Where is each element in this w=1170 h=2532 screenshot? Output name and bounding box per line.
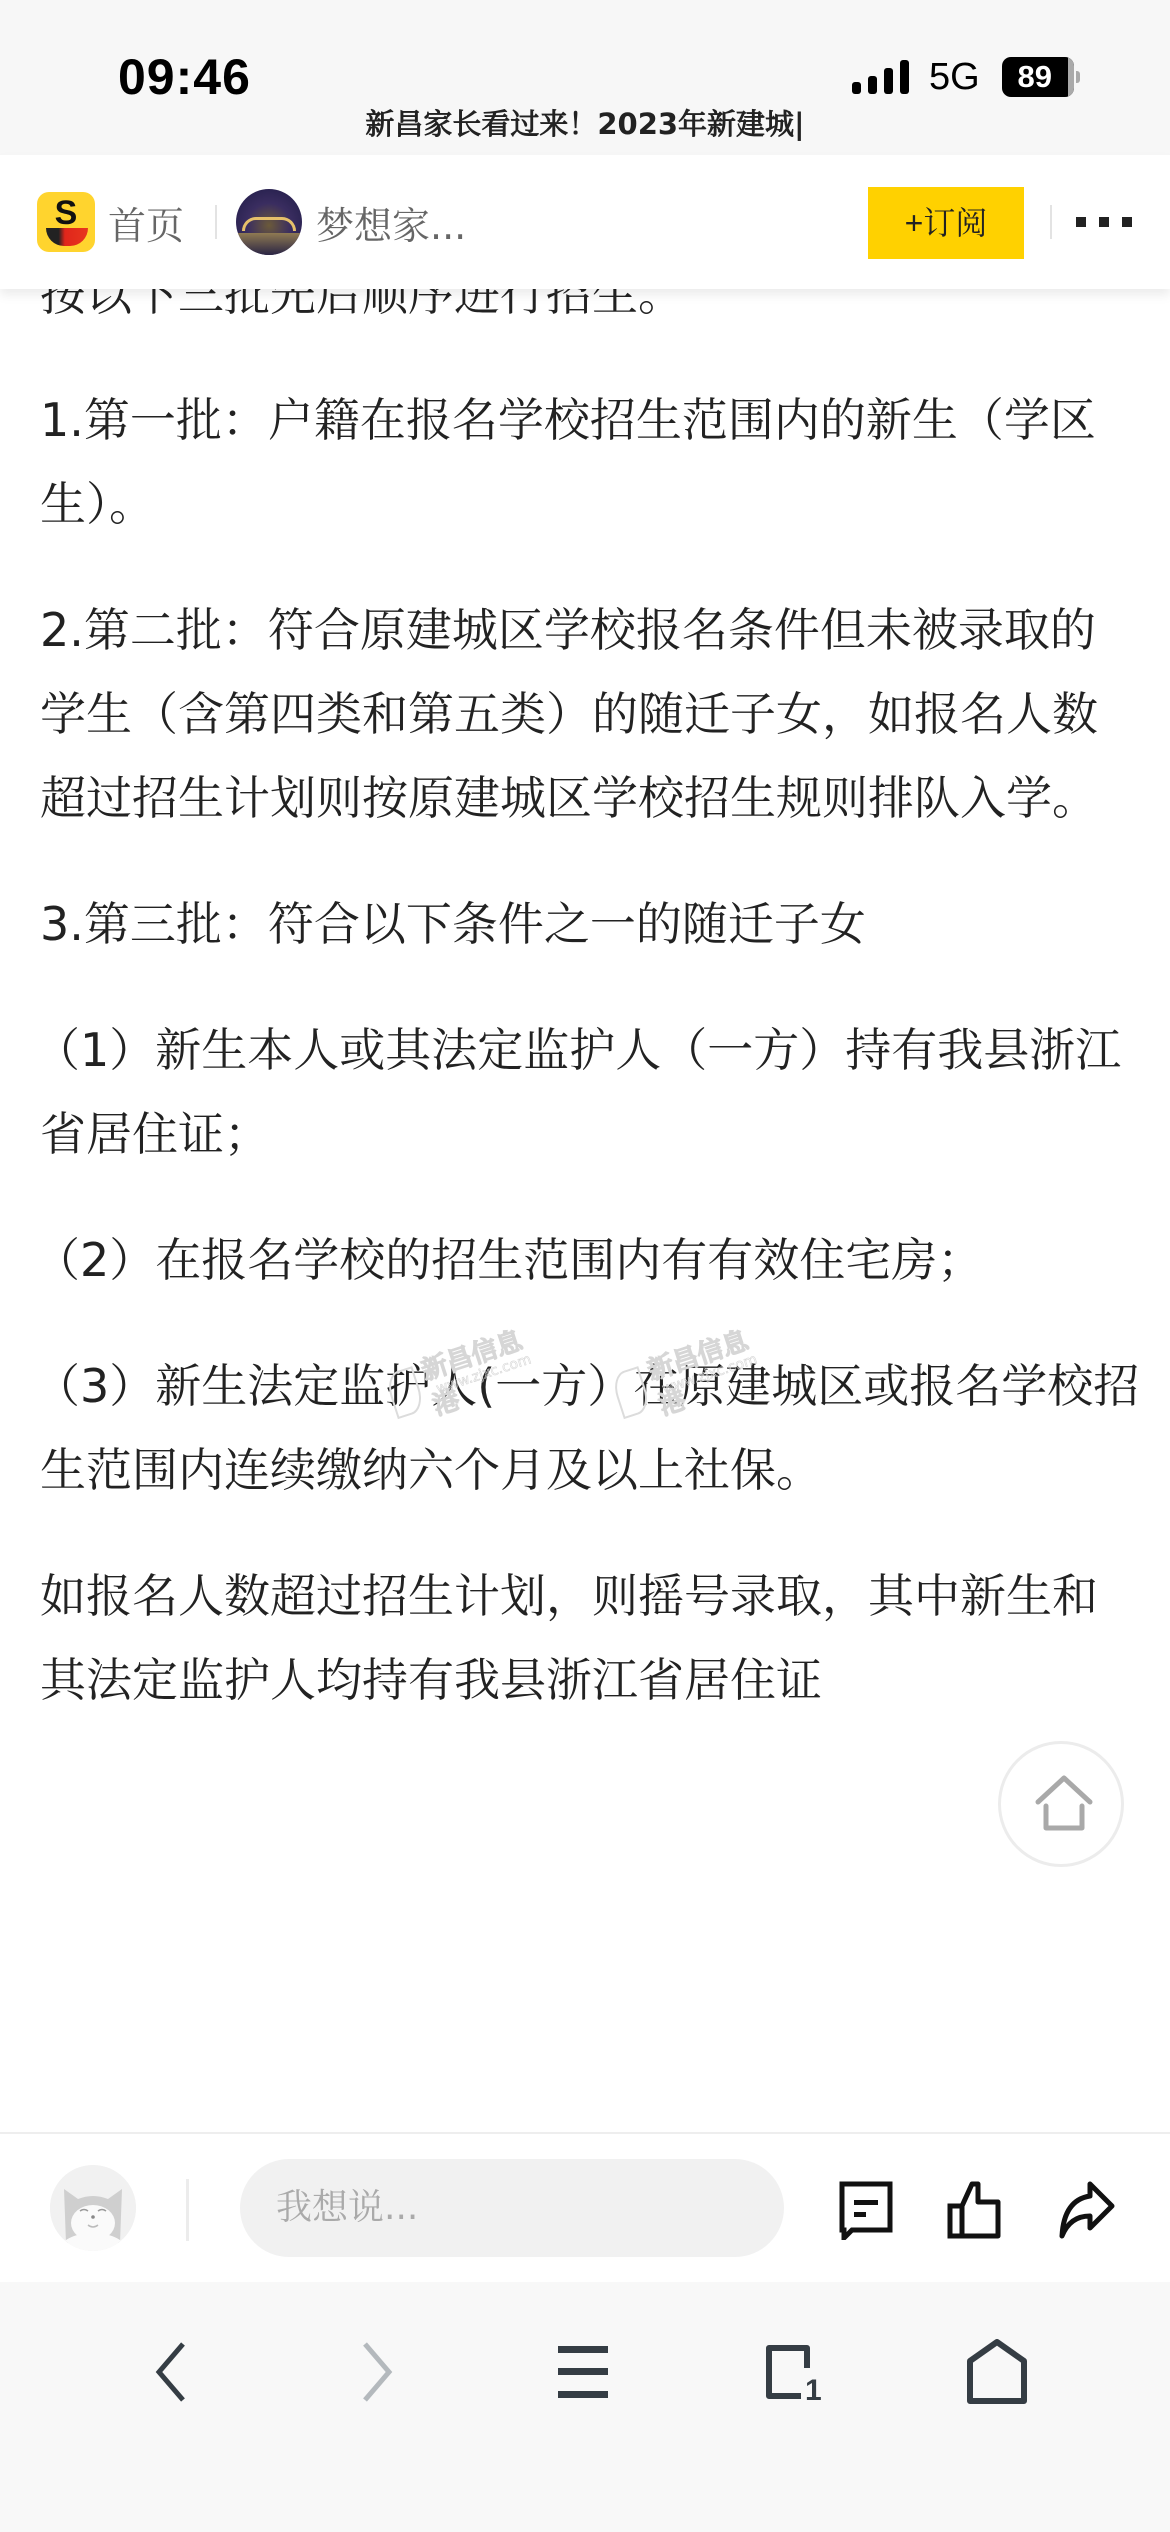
forward-button[interactable] [332, 2332, 422, 2412]
comment-icon[interactable] [836, 2180, 896, 2240]
article-paragraph: （1）新生本人或其法定监护人（一方）持有我县浙江省居住证； [40, 1008, 1140, 1176]
thumbs-up-icon[interactable] [946, 2180, 1006, 2240]
svg-text:1: 1 [805, 2374, 822, 2402]
battery-icon: 89 [1002, 57, 1074, 97]
menu-icon [556, 2344, 610, 2400]
article-paragraph: 1.第一批：户籍在报名学校招生范围内的新生（学区生）。 [40, 378, 1140, 546]
network-type: 5G [929, 56, 980, 99]
back-icon [151, 2341, 191, 2403]
article-paragraph: 3.第三批：符合以下条件之一的随迁子女 [40, 882, 1140, 966]
signal-icon [852, 60, 909, 94]
forward-icon [357, 2341, 397, 2403]
back-button[interactable] [126, 2332, 216, 2412]
browser-toolbar: 1 [0, 2282, 1170, 2532]
divider [1050, 205, 1052, 239]
status-time: 09:46 [118, 48, 251, 106]
article-paragraph: （3）新生法定监护人(一方）在原建城区或报名学校招生范围内连续缴纳六个月及以上社… [40, 1344, 1140, 1512]
article-body: 按以下三批先后顺序进行招生。 1.第一批：户籍在报名学校招生范围内的新生（学区生… [40, 252, 1140, 1764]
article-paragraph: 如报名人数超过招生计划，则摇号录取，其中新生和其法定监护人均持有我县浙江省居住证 [40, 1554, 1140, 1722]
more-dots-icon[interactable] [1076, 207, 1132, 237]
logo-flame [46, 228, 88, 246]
tabs-button[interactable]: 1 [748, 2332, 838, 2412]
divider [215, 205, 217, 239]
menu-button[interactable] [538, 2332, 628, 2412]
home-icon [964, 2339, 1030, 2405]
article-paragraph: 2.第二批：符合原建城区学校报名条件但未被录取的学生（含第四类和第五类）的随迁子… [40, 588, 1140, 840]
app-logo-icon[interactable]: S [37, 192, 95, 252]
page-title: 新昌家长看过来！2023年新建城| [0, 102, 1170, 143]
app-header: S 首页 梦想家... +订阅 [0, 155, 1170, 289]
user-avatar[interactable] [50, 2165, 136, 2251]
battery-tip [1076, 71, 1080, 83]
comment-input[interactable]: 我想说... [240, 2159, 784, 2257]
divider [186, 2179, 189, 2241]
channel-name[interactable]: 梦想家... [316, 195, 466, 250]
battery-level: 89 [1002, 57, 1068, 97]
comment-bar: 我想说... [0, 2132, 1170, 2282]
status-bar: 09:46 5G 89 新昌家长看过来！2023年新建城| [0, 0, 1170, 155]
share-icon[interactable] [1056, 2180, 1116, 2240]
channel-avatar[interactable] [236, 189, 302, 255]
subscribe-button[interactable]: +订阅 [868, 187, 1024, 259]
home-link[interactable]: 首页 [108, 195, 184, 250]
tabs-icon: 1 [763, 2342, 823, 2402]
floating-home-button[interactable] [998, 1741, 1124, 1867]
home-button[interactable] [952, 2332, 1042, 2412]
home-icon [1034, 1774, 1094, 1834]
article-paragraph: （2）在报名学校的招生范围内有有效住宅房； [40, 1218, 1140, 1302]
cat-avatar-icon [50, 2165, 136, 2251]
status-indicators: 5G 89 [852, 56, 1080, 98]
